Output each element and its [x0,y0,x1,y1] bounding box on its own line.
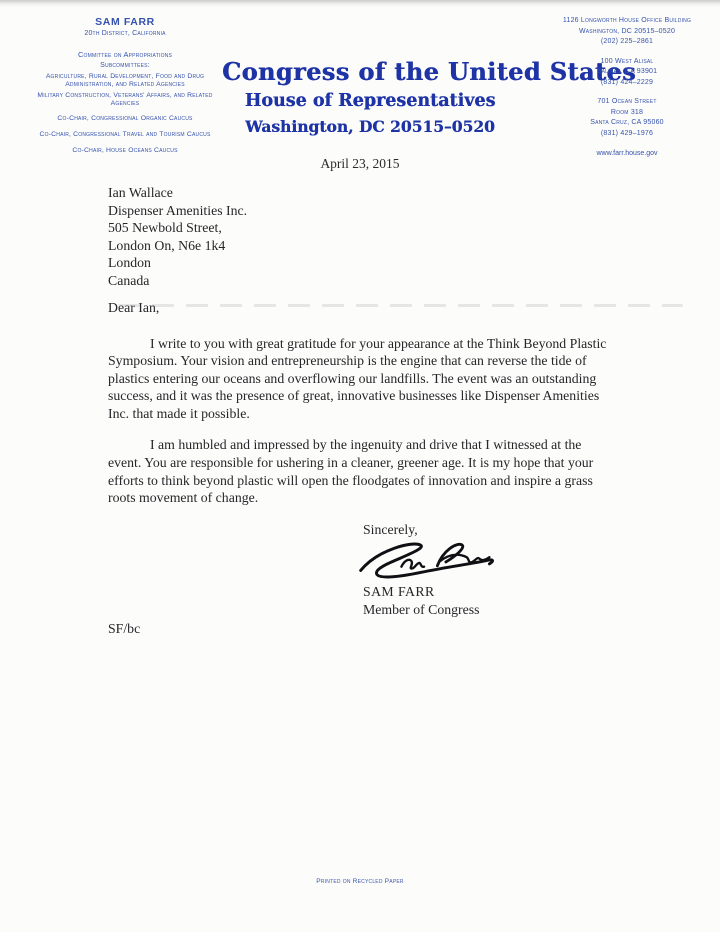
recipient-line: Dispenser Amenities Inc. [108,202,614,220]
closing-phrase: Sincerely, [363,521,614,539]
subcommittee-item: Agriculture, Rural Development, Food and… [24,73,226,88]
member-name: SAM FARR [24,16,226,28]
letter-body: Ian Wallace Dispenser Amenities Inc. 505… [108,184,614,638]
letterhead-right-block: 1126 Longworth House Office Building Was… [548,16,706,157]
recipient-line: 505 Newbold Street, [108,219,614,237]
office-phone: (831) 424–2229 [548,78,706,89]
member-district: 20th District, California [24,30,226,37]
recipient-line: London On, N6e 1k4 [108,237,614,255]
washington-address: Washington, DC 20515–0520 [222,117,518,136]
salutation: Dear Ian, [108,299,614,317]
caucus-item: Co-Chair, Congressional Organic Caucus [24,115,226,123]
office-line: 100 West Alisal [548,57,706,68]
office-line: 1126 Longworth House Office Building [548,16,706,27]
scan-streak-artifact [118,304,683,307]
house-subtitle: House of Representatives [222,91,518,111]
office-phone: (831) 429–1976 [548,129,706,140]
office-phone: (202) 225–2861 [548,37,706,48]
caucus-item: Co-Chair, Congressional Travel and Touri… [24,131,226,139]
reference-initials: SF/bc [108,620,614,638]
recipient-address: Ian Wallace Dispenser Amenities Inc. 505… [108,184,614,289]
office-line: 701 Ocean Street [548,97,706,108]
subcommittee-item: Military Construction, Veterans' Affairs… [24,92,226,107]
recipient-line: Canada [108,272,614,290]
recipient-line: London [108,254,614,272]
office-line: Salinas, CA 93901 [548,67,706,78]
body-paragraph: I am humbled and impressed by the ingenu… [108,436,614,506]
office-address-dc: 1126 Longworth House Office Building Was… [548,16,706,48]
letterhead-center-block: Congress of the United States House of R… [222,57,518,136]
scan-edge-artifact [0,0,720,7]
recycled-paper-notice: Printed on Recycled Paper [0,878,720,885]
office-line: Room 318 [548,108,706,119]
closing-block: Sincerely, SAM FARR Member of Congress [363,521,614,619]
signature-image [355,539,497,583]
committee-name: Committee on Appropriations [24,50,226,59]
letter-date: April 23, 2015 [0,156,720,172]
congress-title: Congress of the United States [222,57,518,86]
recipient-line: Ian Wallace [108,184,614,202]
scanned-letter-page: SAM FARR 20th District, California Commi… [0,0,720,932]
office-line: Santa Cruz, CA 95060 [548,118,706,129]
office-address-salinas: 100 West Alisal Salinas, CA 93901 (831) … [548,57,706,89]
office-address-santa-cruz: 701 Ocean Street Room 318 Santa Cruz, CA… [548,97,706,139]
caucus-item: Co-Chair, House Oceans Caucus [24,147,226,155]
signer-name: SAM FARR [363,583,614,601]
signer-title: Member of Congress [363,601,614,619]
letterhead-left-block: SAM FARR 20th District, California Commi… [24,16,226,154]
office-line: Washington, DC 20515–0520 [548,27,706,38]
subcommittees-label: Subcommittees: [24,62,226,69]
body-paragraph: I write to you with great gratitude for … [108,335,614,423]
